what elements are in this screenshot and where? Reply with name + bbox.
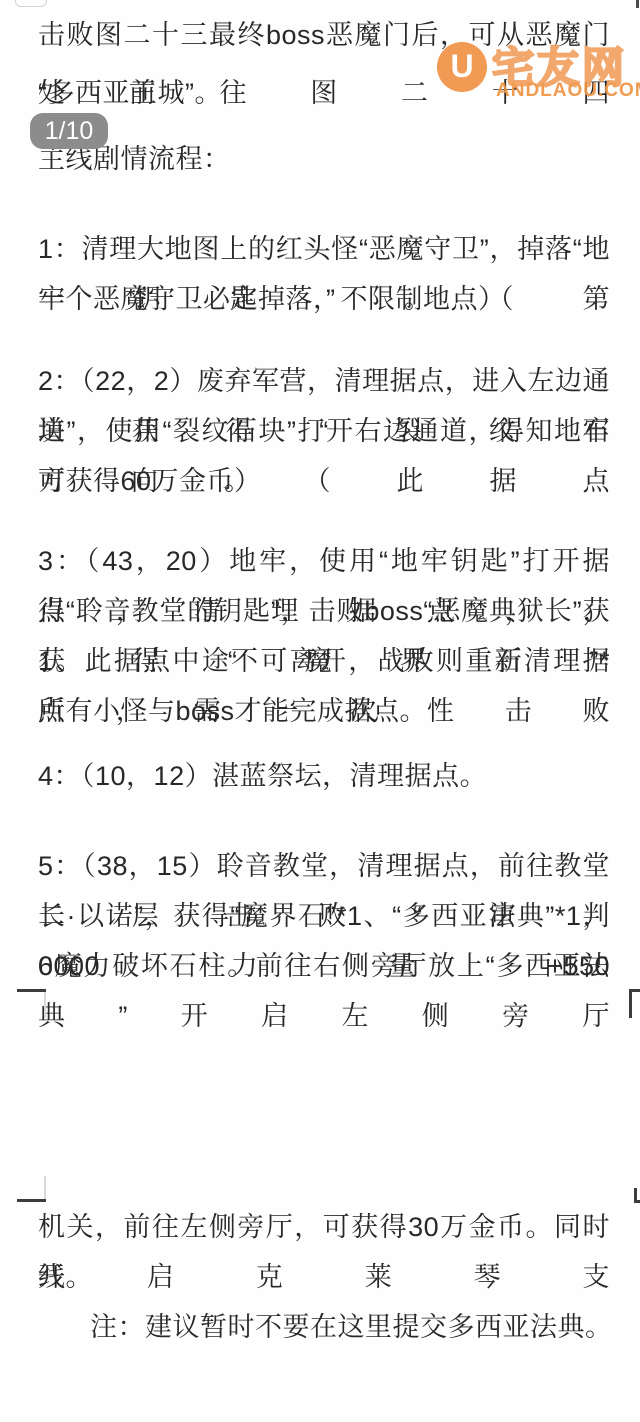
document-viewer: 击败图二十三最终boss恶魔门后，可从恶魔门处前往图二十四 “多西亚王城”。 主… (0, 0, 640, 1422)
paragraph-step-3: 3：（43，20）地牢，使用“地牢钥匙”打开据点，清理据点，获 得“聆音教堂的钥… (38, 536, 610, 736)
text-line: 长·以诺”，获得“魔界石”*1、“多西亚法典”*1，6000力量+550 (38, 891, 610, 941)
text-line: 4：（10，12）湛蓝祭坛，清理据点。 (38, 751, 610, 801)
top-edge-fragment-left (15, 0, 47, 7)
paragraph-step-4: 4：（10，12）湛蓝祭坛，清理据点。 (38, 751, 610, 801)
paragraph-step-2: 2：（22，2）废弃军营，清理据点，进入左边通道获得“裂纹石 块”，使用“裂纹石… (38, 356, 610, 506)
text-line: 2：（22，2）废弃军营，清理据点，进入左边通道获得“裂纹石 (38, 356, 610, 406)
top-edge-fragment-right (636, 0, 639, 8)
text-line: 块”，使用“裂纹石块”打开右边通道，得知地牢方向。（此据点 (38, 406, 610, 456)
text-line: 1：清理大地图上的红头怪“恶魔守卫”，掉落“地牢钥匙”。（第 (38, 224, 610, 274)
text-line: 1。此据点中途不可离开，战败则重新清理据点，需一次性击败 (38, 636, 610, 686)
paragraph-step-5: 5：（38，15）聆音教堂，清理据点，前往教堂二层击败“审判 长·以诺”，获得“… (38, 841, 610, 991)
text-line: 3：（43，20）地牢，使用“地牢钥匙”打开据点，清理据点，获 (38, 536, 610, 586)
text-line: 机关，前往左侧旁厅，可获得30万金币。同时开启克莱琴支 (38, 1202, 610, 1252)
document-page[interactable]: 击败图二十三最终boss恶魔门后，可从恶魔门处前往图二十四 “多西亚王城”。 主… (0, 0, 640, 1352)
site-watermark: U 宅友网 ANDLAOU.COM (436, 33, 636, 113)
section-title: 主线剧情流程： (38, 134, 610, 184)
text-line: 得“聆音教堂的钥匙”，击败boss“恶魔典狱长”，获得“魔界石”* (38, 586, 610, 636)
note-text: 注：建议暂时不要在这里提交多西亚法典。 (38, 1302, 610, 1352)
paragraph-note: 注：建议暂时不要在这里提交多西亚法典。 (38, 1302, 610, 1352)
watermark-site-url: ANDLAOU.COM (496, 80, 640, 102)
watermark-logo-icon: U (437, 42, 487, 92)
paragraph-step-1: 1：清理大地图上的红头怪“恶魔守卫”，掉落“地牢钥匙”。（第 一个恶魔守卫必定掉… (38, 224, 610, 324)
paragraph-step-5-continuation: 机关，前往左侧旁厅，可获得30万金币。同时开启克莱琴支 线。 (38, 1202, 610, 1302)
page-indicator-badge: 1/10 (30, 113, 108, 149)
text-line: 0魔力破坏石柱。前往右侧旁厅放上“多西亚法典”开启左侧旁厅 (38, 941, 610, 991)
text-line: 5：（38，15）聆音教堂，清理据点，前往教堂二层击败“审判 (38, 841, 610, 891)
